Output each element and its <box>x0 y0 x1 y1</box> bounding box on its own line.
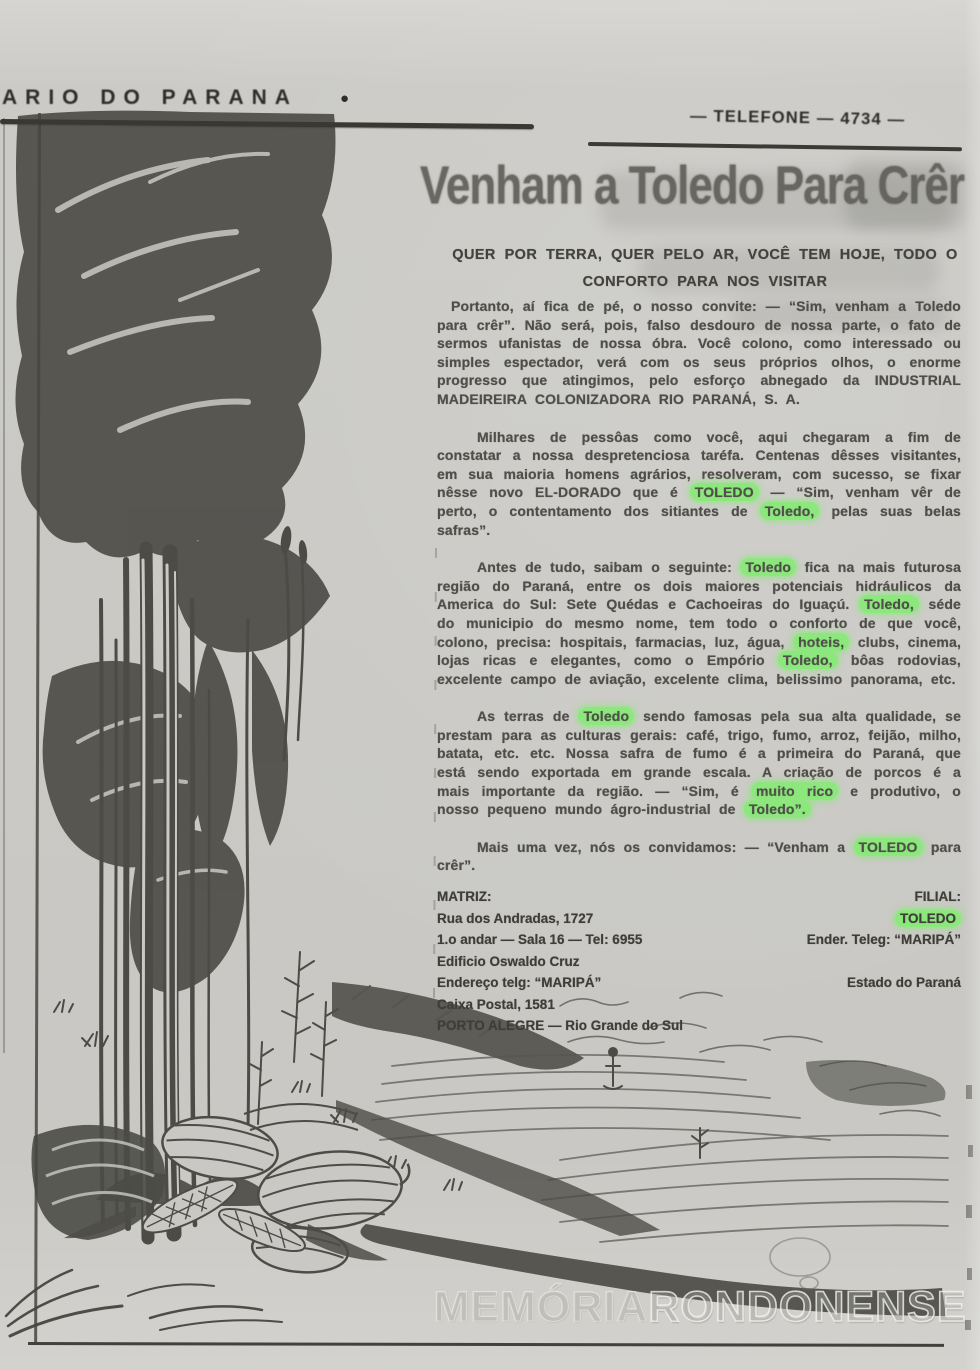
scanned-newspaper-ad: ARIO DO PARANA ● — TELEFONE — 4734 — Ven… <box>0 0 980 1370</box>
matriz-label: MATRIZ: <box>437 886 737 908</box>
watermark: MEMÓRIARONDONENSE <box>430 1283 970 1332</box>
ad-headline: Venham a Toledo Para Crêr <box>418 156 966 217</box>
filial-label: FILIAL: <box>746 886 961 908</box>
toledo-highlight: Toledo, <box>859 595 919 613</box>
toledo-highlight: Toledo”. <box>744 800 811 818</box>
address-line: Caixa Postal, 1581 <box>437 994 737 1016</box>
page-fold-line <box>3 118 5 1053</box>
address-line: PORTO ALEGRE — Rio Grande do Sul <box>437 1015 737 1037</box>
toledo-highlight: TOLEDO <box>895 910 961 927</box>
filial-city: TOLEDO <box>746 908 961 930</box>
ad-paragraphs: Portanto, aí fica de pé, o nosso convite… <box>437 297 961 875</box>
watermark-part-1: MEMÓRIA <box>433 1283 648 1331</box>
ad-paragraph: Milhares de pessôas como você, aqui cheg… <box>437 428 961 540</box>
toledo-highlight: Toledo, <box>778 651 838 669</box>
scan-edge-band <box>964 0 980 1370</box>
ad-paragraph: Mais uma vez, nós os convidamos: — “Venh… <box>437 838 961 875</box>
toledo-highlight: Toledo <box>578 707 634 725</box>
toledo-highlight: hoteis, <box>793 633 849 651</box>
filial-lines: Ender. Teleg: “MARIPÁ”Estado do Paraná <box>746 929 961 994</box>
masthead-bullet: ● <box>340 90 349 107</box>
paragraph-text: Portanto, aí fica de pé, o nosso convite… <box>437 298 961 407</box>
address-line: 1.o andar — Sala 16 — Tel: 6955 <box>437 929 737 951</box>
toledo-highlight: TOLEDO <box>854 838 923 856</box>
filial-column: FILIAL: TOLEDO Ender. Teleg: “MARIPÁ”Est… <box>746 886 961 1037</box>
toledo-highlight: muito rico <box>751 782 838 800</box>
address-line: Edificio Oswaldo Cruz <box>437 951 737 973</box>
subheadline-line-1: QUER POR TERRA, QUER PELO AR, VOCÊ TEM H… <box>445 242 965 269</box>
paragraph-text: Mais uma vez, nós os convidamos: — “Venh… <box>477 839 854 855</box>
paragraph-text: As terras de <box>477 708 578 724</box>
ad-paragraph: Antes de tudo, saibam o seguinte: Toledo… <box>437 558 961 688</box>
address-line: Endereço telg: “MARIPÁ” <box>437 972 737 994</box>
ad-paragraph: Portanto, aí fica de pé, o nosso convite… <box>437 297 961 409</box>
address-block: MATRIZ: Rua dos Andradas, 17271.o andar … <box>437 886 961 1037</box>
watermark-part-2: RONDONENSE <box>648 1283 966 1331</box>
toledo-highlight: Toledo <box>740 558 796 576</box>
ad-paragraph: As terras de Toledo sendo famosas pela s… <box>437 707 961 819</box>
toledo-highlight: TOLEDO <box>690 483 759 501</box>
newspaper-masthead: ARIO DO PARANA <box>2 86 298 110</box>
matriz-lines: Rua dos Andradas, 17271.o andar — Sala 1… <box>437 908 737 1037</box>
subheadline-line-2: CONFORTO PARA NOS VISITAR <box>445 269 965 296</box>
address-line: Ender. Teleg: “MARIPÁ” <box>746 929 961 951</box>
telephone-line: — TELEFONE — 4734 — <box>690 107 906 130</box>
toledo-highlight: Toledo, <box>760 502 820 520</box>
paragraph-text: Antes de tudo, saibam o seguinte: <box>477 559 740 575</box>
address-line: Estado do Paraná <box>746 972 961 994</box>
tiny-farmer-figure <box>604 1048 622 1089</box>
address-line: Rua dos Andradas, 1727 <box>437 908 737 930</box>
matriz-column: MATRIZ: Rua dos Andradas, 17271.o andar … <box>437 886 737 1037</box>
ad-subheadline: QUER POR TERRA, QUER PELO AR, VOCÊ TEM H… <box>445 242 965 296</box>
